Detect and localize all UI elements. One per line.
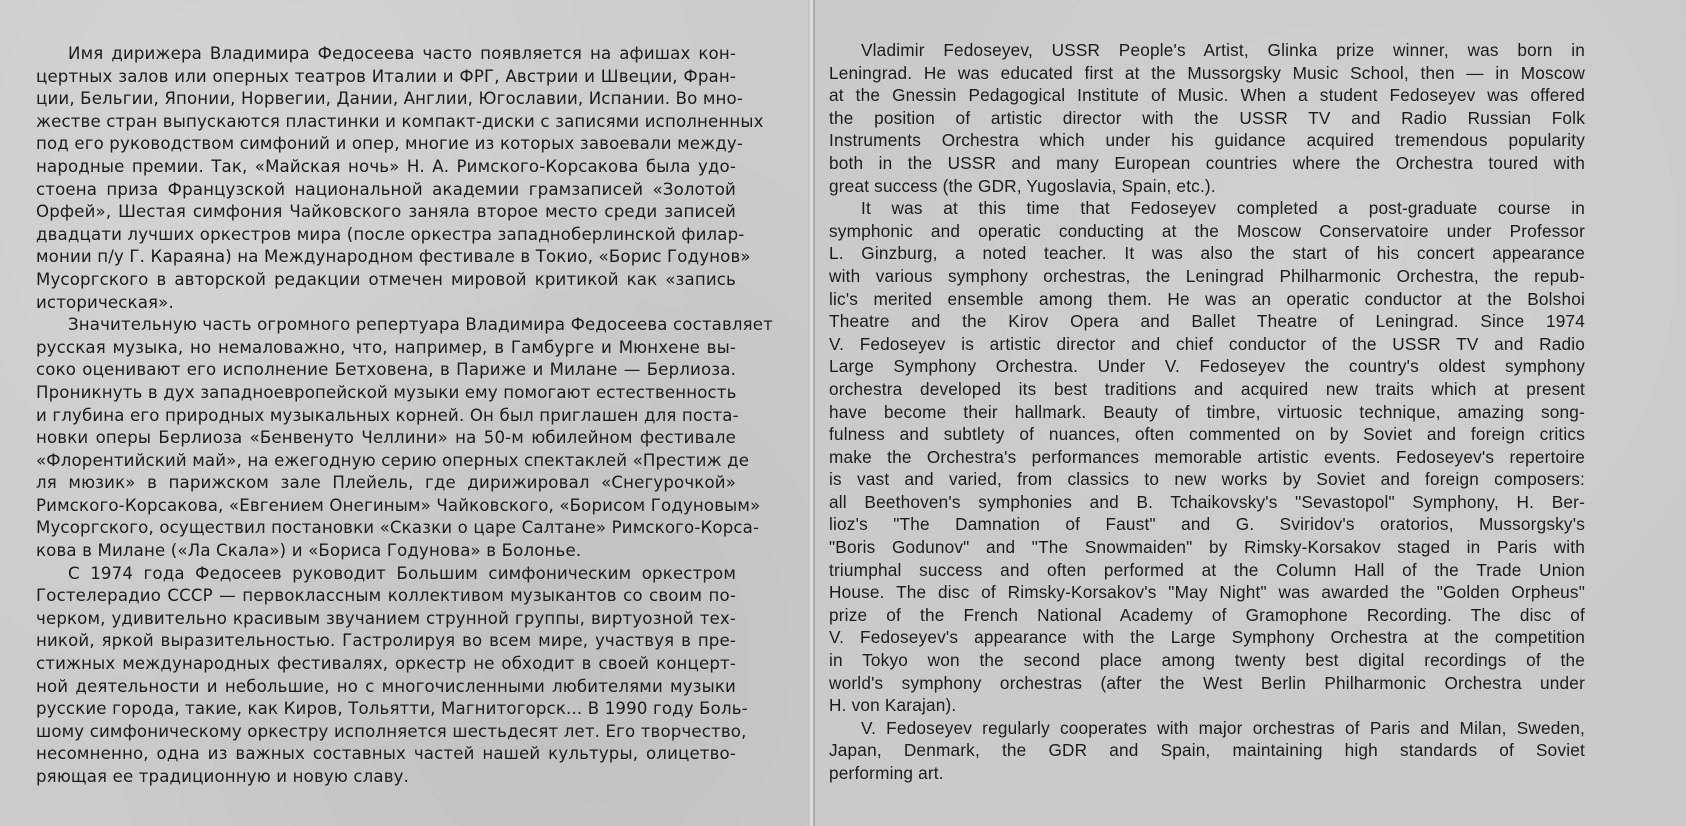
text-line: Значительную часть огромного репертуара … — [36, 314, 736, 337]
text-line: жестве стран выпускаются пластинки и ком… — [36, 111, 736, 134]
text-line: Theatre and the Kirov Opera and Ballet T… — [829, 310, 1585, 333]
text-line: стижных международных фестивалях, оркест… — [36, 653, 736, 676]
text-line: V. Fedoseyev's appearance with the Large… — [829, 626, 1585, 649]
text-line: ции, Бельгии, Японии, Норвегии, Дании, А… — [36, 88, 736, 111]
text-line: шому симфоническому оркестру исполняется… — [36, 721, 736, 744]
russian-biography-text: Имя дирижера Владимира Федосеева часто п… — [36, 43, 736, 789]
text-line: performing art. — [829, 762, 1585, 785]
text-line: монии п/у Г. Караяна) на Международном ф… — [36, 246, 736, 269]
text-line: symphonic and operatic conducting at the… — [829, 220, 1585, 243]
left-page-russian: Имя дирижера Владимира Федосеева часто п… — [0, 0, 815, 826]
text-line: all Beethoven's symphonies and B. Tchaik… — [829, 491, 1585, 514]
text-line: Имя дирижера Владимира Федосеева часто п… — [36, 43, 736, 66]
text-line: lioz's "The Damnation of Faust" and G. S… — [829, 513, 1585, 536]
text-line: Instruments Orchestra which under his gu… — [829, 129, 1585, 152]
text-line: Large Symphony Orchestra. Under V. Fedos… — [829, 355, 1585, 378]
text-line: It was at this time that Fedoseyev compl… — [829, 197, 1585, 220]
english-biography-text: Vladimir Fedoseyev, USSR People's Artist… — [829, 39, 1585, 785]
text-line: both in the USSR and many European count… — [829, 152, 1585, 175]
text-line: несомненно, одна из важных составных час… — [36, 743, 736, 766]
text-line: is vast and varied, from classics to new… — [829, 468, 1585, 491]
text-line: русская музыка, но немаловажно, что, нап… — [36, 337, 736, 360]
text-line: историческая». — [36, 292, 736, 315]
text-line: Римского-Корсакова, «Евгением Онегиным» … — [36, 495, 736, 518]
text-line: Vladimir Fedoseyev, USSR People's Artist… — [829, 39, 1585, 62]
text-line: lic's merited ensemble among them. He wa… — [829, 288, 1585, 311]
text-line: ной деятельности и небольшие, но с много… — [36, 676, 736, 699]
text-line: H. von Karajan). — [829, 694, 1585, 717]
text-line: соко оценивают его исполнение Бетховена,… — [36, 359, 736, 382]
text-line: great success (the GDR, Yugoslavia, Spai… — [829, 175, 1585, 198]
text-line: цертных залов или оперных театров Италии… — [36, 66, 736, 89]
text-line: ля мюзик» в парижском зале Плейель, где … — [36, 472, 736, 495]
text-line: народные премии. Так, «Майская ночь» Н. … — [36, 156, 736, 179]
text-line: под его руководством симфоний и опер, мн… — [36, 133, 736, 156]
text-line: orchestra developed its best traditions … — [829, 378, 1585, 401]
text-line: fulness and subtlety of nuances, often c… — [829, 423, 1585, 446]
text-line: кова в Милане («Ла Скала») и «Бориса Год… — [36, 540, 736, 563]
text-line: V. Fedoseyev is artistic director and ch… — [829, 333, 1585, 356]
text-line: with various symphony orchestras, the Le… — [829, 265, 1585, 288]
text-line: стоена приза Французской национальной ак… — [36, 179, 736, 202]
text-line: черком, удивительно красивым звучанием с… — [36, 608, 736, 631]
text-line: Leningrad. He was educated first at the … — [829, 62, 1585, 85]
text-line: V. Fedoseyev regularly cooperates with m… — [829, 717, 1585, 740]
text-line: С 1974 года Федосеев руководит Большим с… — [36, 563, 736, 586]
text-line: in Tokyo won the second place among twen… — [829, 649, 1585, 672]
text-line: Мусоргского в авторской редакции отмечен… — [36, 269, 736, 292]
text-line: have become their hallmark. Beauty of ti… — [829, 401, 1585, 424]
text-line: и глубина его природных музыкальных корн… — [36, 405, 736, 428]
text-line: Japan, Denmark, the GDR and Spain, maint… — [829, 739, 1585, 762]
text-line: make the Orchestra's performances memora… — [829, 446, 1585, 469]
text-line: Проникнуть в дух западноевропейской музы… — [36, 382, 736, 405]
text-line: Гостелерадио СССР — первоклассным коллек… — [36, 585, 736, 608]
text-line: "Boris Godunov" and "The Snowmaiden" by … — [829, 536, 1585, 559]
text-line: двадцати лучших оркестров мира (после ор… — [36, 224, 736, 247]
text-line: ряющая ее традиционную и новую славу. — [36, 766, 736, 789]
text-line: world's symphony orchestras (after the W… — [829, 672, 1585, 695]
text-line: Орфей», Шестая симфония Чайковского заня… — [36, 201, 736, 224]
text-line: the position of artistic director with t… — [829, 107, 1585, 130]
text-line: никой, яркой выразительностью. Гастролир… — [36, 630, 736, 653]
text-line: «Флорентийский май», на ежегодную серию … — [36, 450, 736, 473]
text-line: русские города, такие, как Киров, Тольят… — [36, 698, 736, 721]
text-line: prize of the French National Academy of … — [829, 604, 1585, 627]
text-line: Мусоргского, осуществил постановки «Сказ… — [36, 517, 736, 540]
text-line: at the Gnessin Pedagogical Institute of … — [829, 84, 1585, 107]
text-line: новки оперы Берлиоза «Бенвенуто Челлини»… — [36, 427, 736, 450]
right-page-english: Vladimir Fedoseyev, USSR People's Artist… — [815, 0, 1686, 826]
text-line: House. The disc of Rimsky-Korsakov's "Ma… — [829, 581, 1585, 604]
text-line: triumphal success and often performed at… — [829, 559, 1585, 582]
text-line: L. Ginzburg, a noted teacher. It was als… — [829, 242, 1585, 265]
